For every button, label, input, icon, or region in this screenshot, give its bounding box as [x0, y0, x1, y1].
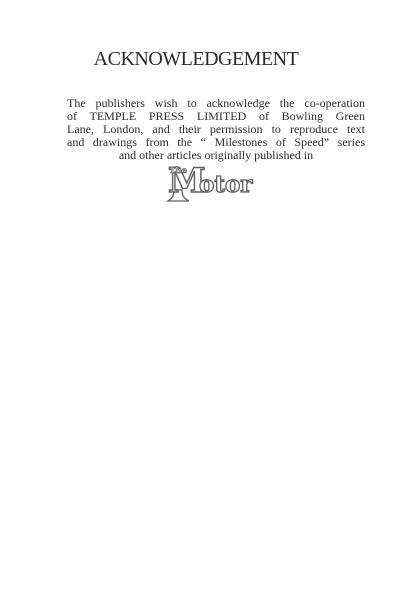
acknowledgement-paragraph: The publishers wish to acknowledge the c…: [67, 97, 365, 162]
paragraph-line: and other articles originally published …: [67, 149, 365, 162]
logo-otor-letters: otor: [199, 171, 253, 198]
book-page: ACKNOWLEDGEMENT The publishers wish to a…: [0, 0, 416, 614]
motor-magazine-logo: M otor The: [62, 163, 360, 203]
acknowledgement-heading: ACKNOWLEDGEMENT: [0, 48, 404, 71]
motor-logo-icon: M otor The: [164, 163, 258, 203]
logo-the-text: The: [169, 166, 188, 176]
